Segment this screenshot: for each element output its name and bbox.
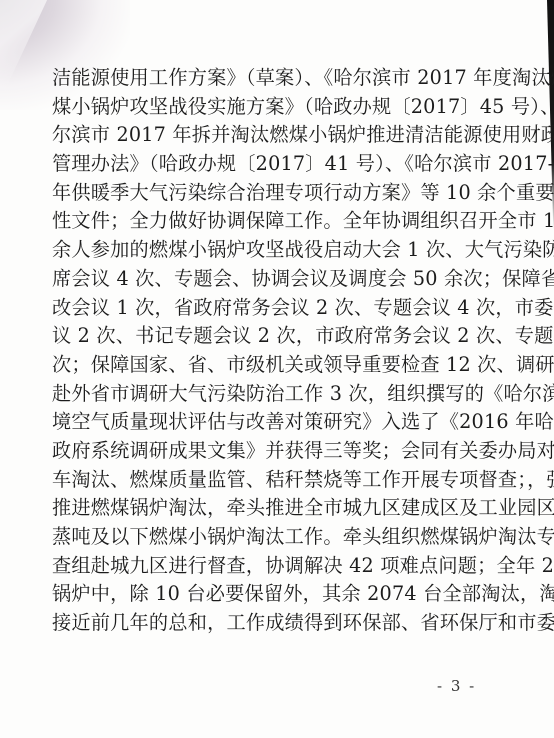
- text-line: 余人参加的燃煤小锅炉攻坚战役启动大会 1 次、大气污染防治联: [52, 236, 458, 265]
- text-line: 锅炉中，除 10 台必要保留外，其余 2074 台全部淘汰，淘汰数量: [52, 580, 458, 609]
- text-line: 推进燃煤锅炉淘汰，牵头推进全市城九区建成区及工业园区 10: [52, 494, 458, 523]
- text-line: 管理办法》（哈政办规〔2017〕41 号）、《哈尔滨市 2017-2018: [52, 150, 458, 179]
- text-line: 查组赴城九区进行督查，协调解决 42 项难点问题；全年 2084 台: [52, 552, 458, 581]
- text-line: 性文件；全力做好协调保障工作。全年协调组织召开全市 1600: [52, 207, 458, 236]
- text-line: 境空气质量现状评估与改善对策研究》入选了《2016 年哈尔滨市: [52, 408, 458, 437]
- text-line: 次；保障国家、省、市级机关或领导重要检查 12 次、调研 11 次；: [52, 351, 458, 380]
- text-line: 尔滨市 2017 年拆并淘汰燃煤小锅炉推进清洁能源使用财政资金: [52, 121, 458, 150]
- text-line: 洁能源使用工作方案》（草案）、《哈尔滨市 2017 年度淘汰燃: [52, 64, 458, 93]
- text-line: 车淘汰、燃煤质量监管、秸秆禁烧等工作开展专项督查；，强力: [52, 466, 458, 495]
- page-corner-fold: [0, 0, 57, 106]
- page-number: - 3 -: [437, 677, 476, 695]
- text-line: 年供暖季大气污染综合治理专项行动方案》等 10 余个重要指导: [52, 179, 458, 208]
- text-line: 席会议 4 次、专题会、协调会议及调度会 50 余次；保障省委深: [52, 265, 458, 294]
- text-line: 接近前几年的总和，工作成绩得到环保部、省环保厅和市委、市: [52, 609, 458, 638]
- text-line: 改会议 1 次，省政府常务会议 2 次、专题会议 4 次，市委常委会: [52, 294, 458, 323]
- text-line: 蒸吨及以下燃煤小锅炉淘汰工作。牵头组织燃煤锅炉淘汰专项督: [52, 523, 458, 552]
- text-line: 煤小锅炉攻坚战役实施方案》（哈政办规〔2017〕45 号）、《哈: [52, 93, 458, 122]
- text-line: 赴外省市调研大气污染防治工作 3 次，组织撰写的《哈尔滨市环: [52, 380, 458, 409]
- text-line: 议 2 次、书记专题会议 2 次，市政府常务会议 2 次、专题会议 5: [52, 322, 458, 351]
- document-body: 洁能源使用工作方案》（草案）、《哈尔滨市 2017 年度淘汰燃 煤小锅炉攻坚战役…: [52, 64, 458, 638]
- text-line: 政府系统调研成果文集》并获得三等奖；会同有关委办局对黄标: [52, 437, 458, 466]
